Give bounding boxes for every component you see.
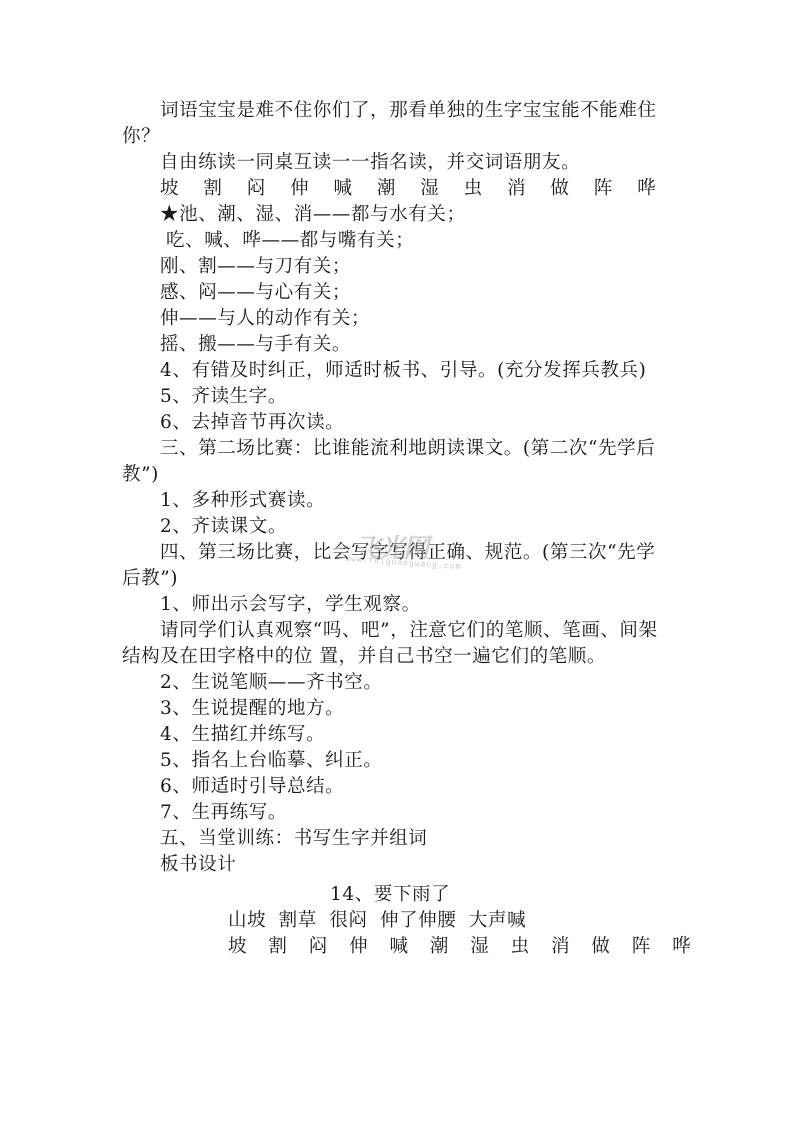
paragraph-text: 摇、搬——与手有关。 bbox=[160, 334, 351, 355]
paragraph-text: 6、去掉音节再次读。 bbox=[160, 412, 344, 433]
board-characters: 坡 割 闷 伸 喊 潮 湿 虫 消 做 阵 哗 bbox=[122, 934, 674, 960]
board-title: 14、要下雨了 bbox=[122, 882, 674, 908]
paragraph-text: 刚、割——与刀有关； bbox=[160, 256, 351, 277]
section-heading-3: 三、第二场比赛：比谁能流利地朗读课文。(第二次“先学后教”) bbox=[122, 436, 674, 488]
paragraph: 请同学们认真观察“吗、吧”，注意它们的笔顺、笔画、间架结构及在田字格中的位 置，… bbox=[122, 618, 674, 670]
paragraph-text: 6、师适时引导总结。 bbox=[160, 776, 344, 797]
paragraph-radical-water: ★池、潮、湿、消——都与水有关； bbox=[122, 202, 674, 228]
paragraph: 1、师出示会写字，学生观察。 bbox=[122, 592, 674, 618]
paragraph: 5、齐读生字。 bbox=[122, 384, 674, 410]
paragraph-text: 4、生描红并练写。 bbox=[160, 724, 325, 745]
paragraph-text: 词语宝宝是难不住你们了，那看单独的生字宝宝能不能难住你？ bbox=[122, 100, 657, 147]
character-list: 坡 割 闷 伸 喊 潮 湿 虫 消 做 阵 哗 bbox=[122, 176, 674, 202]
paragraph-radical-heart: 感、闷——与心有关； bbox=[122, 280, 674, 306]
paragraph-text: 板书设计 bbox=[160, 854, 236, 875]
paragraph-text: 吃、喊、哗——都与嘴有关； bbox=[166, 230, 414, 251]
paragraph-radical-knife: 刚、割——与刀有关； bbox=[122, 254, 674, 280]
paragraph-radical-mouth: 吃、喊、哗——都与嘴有关； bbox=[122, 228, 674, 254]
paragraph-text: 1、多种形式赛读。 bbox=[160, 490, 325, 511]
paragraph-radical-hand: 摇、搬——与手有关。 bbox=[122, 332, 674, 358]
paragraph-intro: 词语宝宝是难不住你们了，那看单独的生字宝宝能不能难住你？ bbox=[122, 98, 674, 150]
paragraph: 4、有错及时纠正，师适时板书、引导。(充分发挥兵教兵) bbox=[122, 358, 674, 384]
board-words: 山坡 割草 很闷 伸了伸腰 大声喊 bbox=[122, 908, 674, 934]
document-page: 词语宝宝是难不住你们了，那看单独的生字宝宝能不能难住你？ 自由练读一同桌互读一一… bbox=[122, 98, 674, 960]
paragraph: 5、指名上台临摹、纠正。 bbox=[122, 748, 674, 774]
paragraph-text: 五、当堂训练：书写生字并组词 bbox=[160, 828, 427, 849]
paragraph-text: 1、师出示会写字，学生观察。 bbox=[160, 594, 421, 615]
section-heading-5: 五、当堂训练：书写生字并组词 bbox=[122, 826, 674, 852]
paragraph-text: 4、有错及时纠正，师适时板书、引导。(充分发挥兵教兵) bbox=[160, 360, 646, 381]
paragraph-text: 2、齐读课文。 bbox=[160, 516, 287, 537]
paragraph-text: 7、生再练写。 bbox=[160, 802, 287, 823]
paragraph-radical-person: 伸——与人的动作有关； bbox=[122, 306, 674, 332]
paragraph-text: 坡 割 闷 伸 喊 潮 湿 虫 消 做 阵 哗 bbox=[160, 178, 661, 199]
paragraph: 3、生说提醒的地方。 bbox=[122, 696, 674, 722]
paragraph: 2、生说笔顺——齐书空。 bbox=[122, 670, 674, 696]
paragraph-text: 伸——与人的动作有关； bbox=[160, 308, 370, 329]
paragraph-text: 四、第三场比赛，比会写字写得正确、规范。(第三次“先学后教”) bbox=[122, 542, 655, 589]
board-design-heading: 板书设计 bbox=[122, 852, 674, 878]
paragraph: 6、师适时引导总结。 bbox=[122, 774, 674, 800]
paragraph-text: ★池、潮、湿、消——都与水有关； bbox=[160, 204, 466, 225]
paragraph: 4、生描红并练写。 bbox=[122, 722, 674, 748]
paragraph-text: 5、齐读生字。 bbox=[160, 386, 287, 407]
paragraph: 1、多种形式赛读。 bbox=[122, 488, 674, 514]
paragraph-text: 三、第二场比赛：比谁能流利地朗读课文。(第二次“先学后教”) bbox=[122, 438, 655, 485]
paragraph: 7、生再练写。 bbox=[122, 800, 674, 826]
paragraph-text: 自由练读一同桌互读一一指名读，并交词语朋友。 bbox=[160, 152, 580, 173]
paragraph: 6、去掉音节再次读。 bbox=[122, 410, 674, 436]
paragraph-text: 3、生说提醒的地方。 bbox=[160, 698, 344, 719]
paragraph-text: 2、生说笔顺——齐书空。 bbox=[160, 672, 382, 693]
paragraph-text: 请同学们认真观察“吗、吧”，注意它们的笔顺、笔画、间架结构及在田字格中的位 置，… bbox=[122, 620, 658, 667]
paragraph-text: 5、指名上台临摹、纠正。 bbox=[160, 750, 382, 771]
paragraph: 2、齐读课文。 bbox=[122, 514, 674, 540]
paragraph-text: 感、闷——与心有关； bbox=[160, 282, 351, 303]
board-design: 14、要下雨了 山坡 割草 很闷 伸了伸腰 大声喊 坡 割 闷 伸 喊 潮 湿 … bbox=[122, 882, 674, 960]
paragraph: 自由练读一同桌互读一一指名读，并交词语朋友。 bbox=[122, 150, 674, 176]
section-heading-4: 四、第三场比赛，比会写字写得正确、规范。(第三次“先学后教”) bbox=[122, 540, 674, 592]
